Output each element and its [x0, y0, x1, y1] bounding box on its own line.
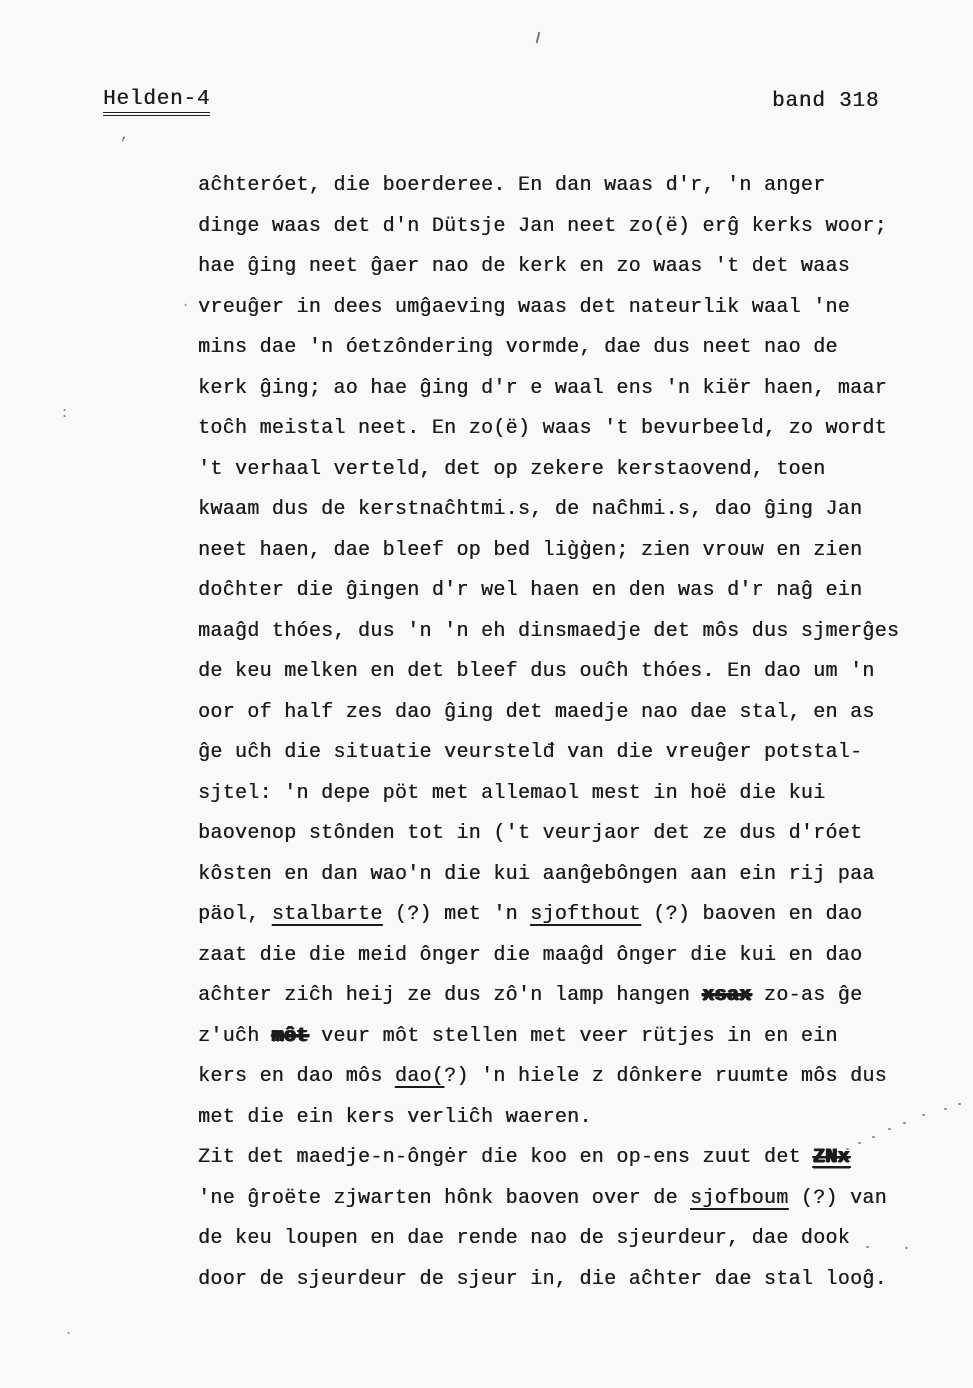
text-line: mins dae 'n óetzôndering vormde, dae dus… — [198, 328, 899, 369]
text-segment: 't verhaal verteld, det op zekere kersta… — [198, 458, 825, 481]
text-line: hae ĝing neet ĝaer nao de kerk en zo waa… — [198, 247, 899, 288]
overstruck-text: môt — [272, 1025, 309, 1048]
text-segment: Zit det maedje-n-ôngėr die koo en op-ens… — [198, 1146, 813, 1169]
text-segment: (?) baoven en dao — [641, 903, 862, 926]
scan-speck — [536, 32, 541, 43]
text-segment: mins dae 'n óetzôndering vormde, dae dus… — [198, 336, 838, 359]
scan-speck: · — [181, 298, 190, 313]
text-line: baovenop stônden tot in ('t veurjaor det… — [198, 814, 899, 855]
text-segment: aĉhter ziĉh heij ze dus zô'n lamp hangen — [198, 984, 702, 1007]
underlined-term: dao( — [395, 1065, 444, 1088]
text-line: door de sjeurdeur de sjeur in, die aĉhte… — [198, 1260, 899, 1301]
pen-mark — [903, 1122, 906, 1124]
text-segment: kerk ĝing; ao hae ĝing d'r e waal ens 'n… — [198, 377, 887, 400]
text-line: dinge waas det d'n Dütsje Jan neet zo(ë)… — [198, 207, 899, 248]
text-segment: maaĝd thóes, dus 'n 'n eh dinsmaedje det… — [198, 620, 899, 643]
text-segment: z'uĉh — [198, 1025, 272, 1048]
text-segment: aĉhteróet, die boerderee. En dan waas d'… — [198, 174, 825, 197]
body-text: aĉhteróet, die boerderee. En dan waas d'… — [198, 166, 899, 1300]
text-line: kerk ĝing; ao hae ĝing d'r e waal ens 'n… — [198, 369, 899, 410]
text-line: neet haen, dae bleef op bed lig̀g̀en; zi… — [198, 531, 899, 572]
document-title: Helden-4 — [103, 88, 210, 116]
text-line: toĉh meistal neet. En zo(ë) waas 't bevu… — [198, 409, 899, 450]
text-segment: door de sjeurdeur de sjeur in, die aĉhte… — [198, 1268, 887, 1291]
text-segment: zaat die die meid ônger die maaĝd ônger … — [198, 944, 862, 967]
text-segment: ĝe uĉh die situatie veurstelđ van die vr… — [198, 741, 862, 764]
band-number-label: band 318 — [772, 90, 879, 113]
text-segment: sjtel: 'n depe pöt met allemaol mest in … — [198, 782, 825, 805]
text-line: z'uĉh môt veur môt stellen met veer rütj… — [198, 1017, 899, 1058]
scan-speck: · — [64, 1326, 73, 1341]
text-line: Zit det maedje-n-ôngėr die koo en op-ens… — [198, 1138, 899, 1179]
underlined-term: sjofthout — [530, 903, 641, 926]
text-segment: met die ein kers verliĉh waeren. — [198, 1106, 592, 1129]
text-line: de keu melken en det bleef dus ouĉh thóe… — [198, 652, 899, 693]
text-line: oor of half zes dao ĝing det maedje nao … — [198, 693, 899, 734]
text-line: de keu loupen en dae rende nao de sjeurd… — [198, 1219, 899, 1260]
pen-mark — [944, 1108, 947, 1110]
text-line: ĝe uĉh die situatie veurstelđ van die vr… — [198, 733, 899, 774]
text-segment: de keu melken en det bleef dus ouĉh thóe… — [198, 660, 875, 683]
text-segment: veur môt stellen met veer rütjes in en e… — [309, 1025, 838, 1048]
text-segment: toĉh meistal neet. En zo(ë) waas 't bevu… — [198, 417, 887, 440]
text-line: sjtel: 'n depe pöt met allemaol mest in … — [198, 774, 899, 815]
overstruck-text: xsax — [702, 984, 751, 1007]
text-segment: zo-as ĝe — [752, 984, 863, 1007]
text-line: kwaam dus de kerstnaĉhtmi.s, de naĉhmi.s… — [198, 490, 899, 531]
pen-mark — [922, 1114, 925, 1116]
scan-speck: , — [120, 128, 129, 143]
text-segment: vreuĝer in dees umĝaeving waas det nateu… — [198, 296, 850, 319]
text-segment: kôsten en dan wao'n die kui aanĝebôngen … — [198, 863, 875, 886]
text-line: aĉhter ziĉh heij ze dus zô'n lamp hangen… — [198, 976, 899, 1017]
text-segment: baovenop stônden tot in ('t veurjaor det… — [198, 822, 862, 845]
text-line: maaĝd thóes, dus 'n 'n eh dinsmaedje det… — [198, 612, 899, 653]
text-segment: (?) met 'n — [383, 903, 531, 926]
scan-speck: : — [60, 406, 69, 421]
text-segment: 'ne ĝroëte zjwarten hônk baoven over de — [198, 1187, 690, 1210]
text-line: vreuĝer in dees umĝaeving waas det nateu… — [198, 288, 899, 329]
text-segment: oor of half zes dao ĝing det maedje nao … — [198, 701, 875, 724]
scan-speck: . — [902, 1238, 911, 1253]
underlined-term: sjofboum — [690, 1187, 788, 1210]
text-segment: päol, — [198, 903, 272, 926]
text-line: zaat die die meid ônger die maaĝd ônger … — [198, 936, 899, 977]
document-page: Helden-4 band 318 aĉhteróet, die boerder… — [0, 0, 973, 1388]
text-segment: neet haen, dae bleef op bed lig̀g̀en; zi… — [198, 539, 862, 562]
text-line: kers en dao môs dao(?) 'n hiele z dônker… — [198, 1057, 899, 1098]
text-segment: (?) van — [789, 1187, 887, 1210]
text-line: doĉhter die ĝingen d'r wel haen en den w… — [198, 571, 899, 612]
text-segment: de keu loupen en dae rende nao de sjeurd… — [198, 1227, 850, 1250]
text-segment: kers en dao môs — [198, 1065, 395, 1088]
text-segment: kwaam dus de kerstnaĉhtmi.s, de naĉhmi.s… — [198, 498, 862, 521]
overstruck-text: ZNx — [813, 1146, 850, 1169]
text-segment: doĉhter die ĝingen d'r wel haen en den w… — [198, 579, 862, 602]
text-segment: ?) 'n hiele z dônkere ruumte môs dus — [444, 1065, 887, 1088]
pen-mark — [958, 1103, 961, 1105]
text-line: aĉhteróet, die boerderee. En dan waas d'… — [198, 166, 899, 207]
text-segment: hae ĝing neet ĝaer nao de kerk en zo waa… — [198, 255, 850, 278]
text-line: met die ein kers verliĉh waeren. — [198, 1098, 899, 1139]
underlined-term: stalbarte — [272, 903, 383, 926]
text-line: kôsten en dan wao'n die kui aanĝebôngen … — [198, 855, 899, 896]
text-line: päol, stalbarte (?) met 'n sjofthout (?)… — [198, 895, 899, 936]
text-segment: dinge waas det d'n Dütsje Jan neet zo(ë)… — [198, 215, 887, 238]
text-line: 't verhaal verteld, det op zekere kersta… — [198, 450, 899, 491]
text-line: 'ne ĝroëte zjwarten hônk baoven over de … — [198, 1179, 899, 1220]
